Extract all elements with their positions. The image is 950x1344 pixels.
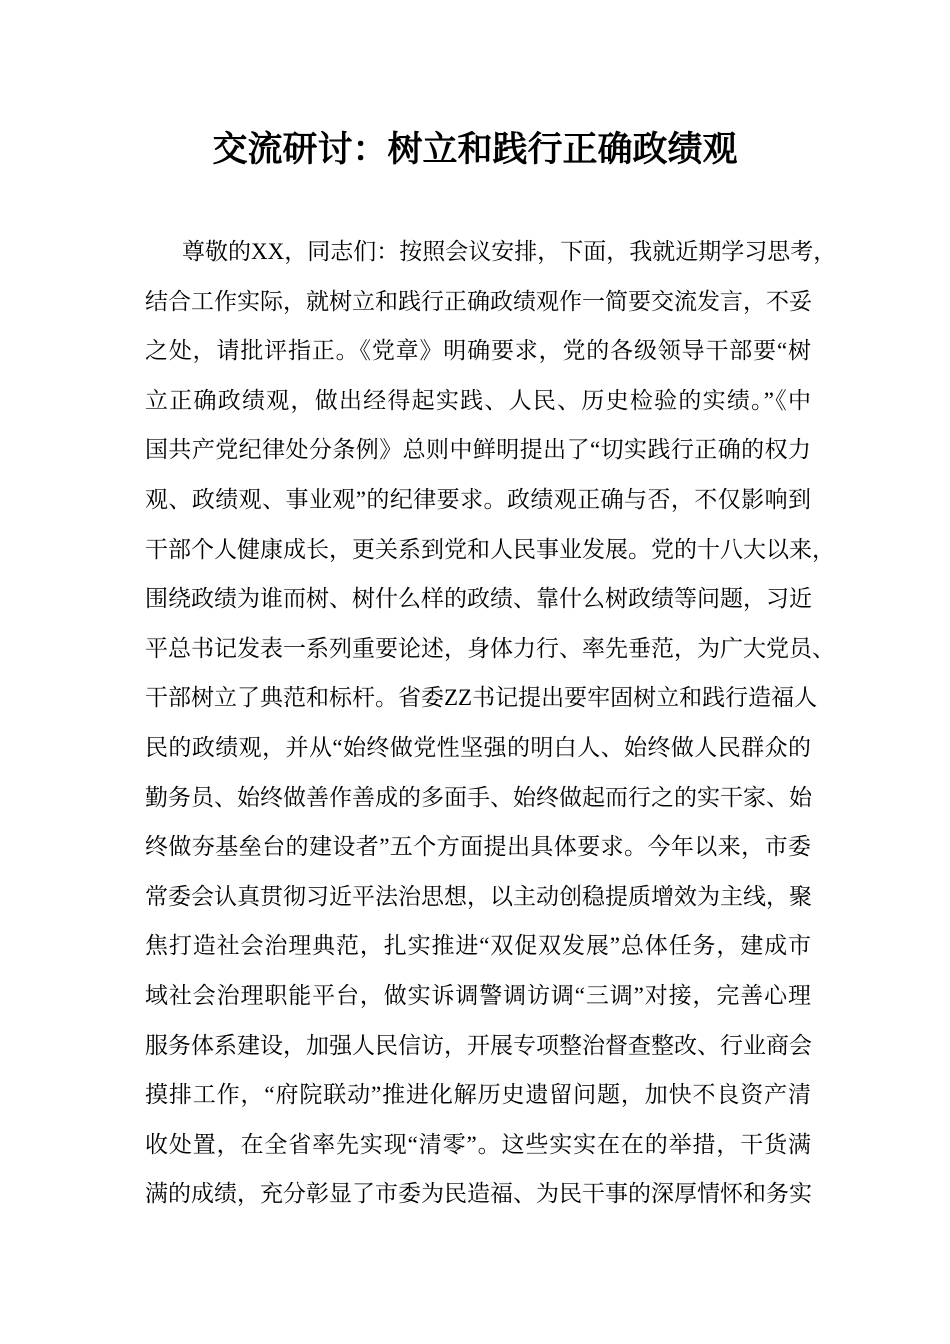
body-line: 观、政绩观、事业观”的纪律要求。政绩观正确与否，不仅影响到 xyxy=(145,475,811,525)
body-line: 干部个人健康成长，更关系到党和人民事业发展。党的十八大以来， xyxy=(145,525,811,575)
body-line: 之处，请批评指正。《党章》明确要求，党的各级领导干部要“树 xyxy=(145,326,811,376)
body-line: 满的成绩，充分彰显了市委为民造福、为民干事的深厚情怀和务实 xyxy=(145,1169,811,1219)
body-line: 焦打造社会治理典范，扎实推进“双促双发展”总体任务，建成市 xyxy=(145,921,811,971)
body-line: 勤务员、始终做善作善成的多面手、始终做起而行之的实干家、始 xyxy=(145,773,811,823)
body-line: 平总书记发表一系列重要论述，身体力行、率先垂范，为广大党员、 xyxy=(145,624,811,674)
body-line: 立正确政绩观，做出经得起实践、人民、历史检验的实绩。”《中 xyxy=(145,376,811,426)
body-line: 尊敬的XX，同志们：按照会议安排，下面，我就近期学习思考， xyxy=(145,227,811,277)
body-line: 国共产党纪律处分条例》总则中鲜明提出了“切实践行正确的权力 xyxy=(145,425,811,475)
body-line: 服务体系建设，加强人民信访，开展专项整治督查整改、行业商会 xyxy=(145,1021,811,1071)
body-paragraph: 尊敬的XX，同志们：按照会议安排，下面，我就近期学习思考，结合工作实际，就树立和… xyxy=(145,227,811,1219)
body-line: 摸排工作，“府院联动”推进化解历史遗留问题，加快不良资产清 xyxy=(145,1070,811,1120)
body-line: 收处置，在全省率先实现“清零”。这些实实在在的举措，干货满 xyxy=(145,1120,811,1170)
body-line: 常委会认真贯彻习近平法治思想，以主动创稳提质增效为主线，聚 xyxy=(145,872,811,922)
body-line: 民的政绩观，并从“始终做党性坚强的明白人、始终做人民群众的 xyxy=(145,723,811,773)
page-title: 交流研讨：树立和践行正确政绩观 xyxy=(0,124,950,176)
body-line: 干部树立了典范和标杆。省委ZZ书记提出要牢固树立和践行造福人 xyxy=(145,673,811,723)
body-line: 围绕政绩为谁而树、树什么样的政绩、靠什么树政绩等问题，习近 xyxy=(145,574,811,624)
document-page: 交流研讨：树立和践行正确政绩观 尊敬的XX，同志们：按照会议安排，下面，我就近期… xyxy=(0,0,950,1344)
body-line: 终做夯基垒台的建设者”五个方面提出具体要求。今年以来，市委 xyxy=(145,822,811,872)
body-line: 结合工作实际，就树立和践行正确政绩观作一简要交流发言，不妥 xyxy=(145,277,811,327)
body-line: 域社会治理职能平台，做实诉调警调访调“三调”对接，完善心理 xyxy=(145,971,811,1021)
